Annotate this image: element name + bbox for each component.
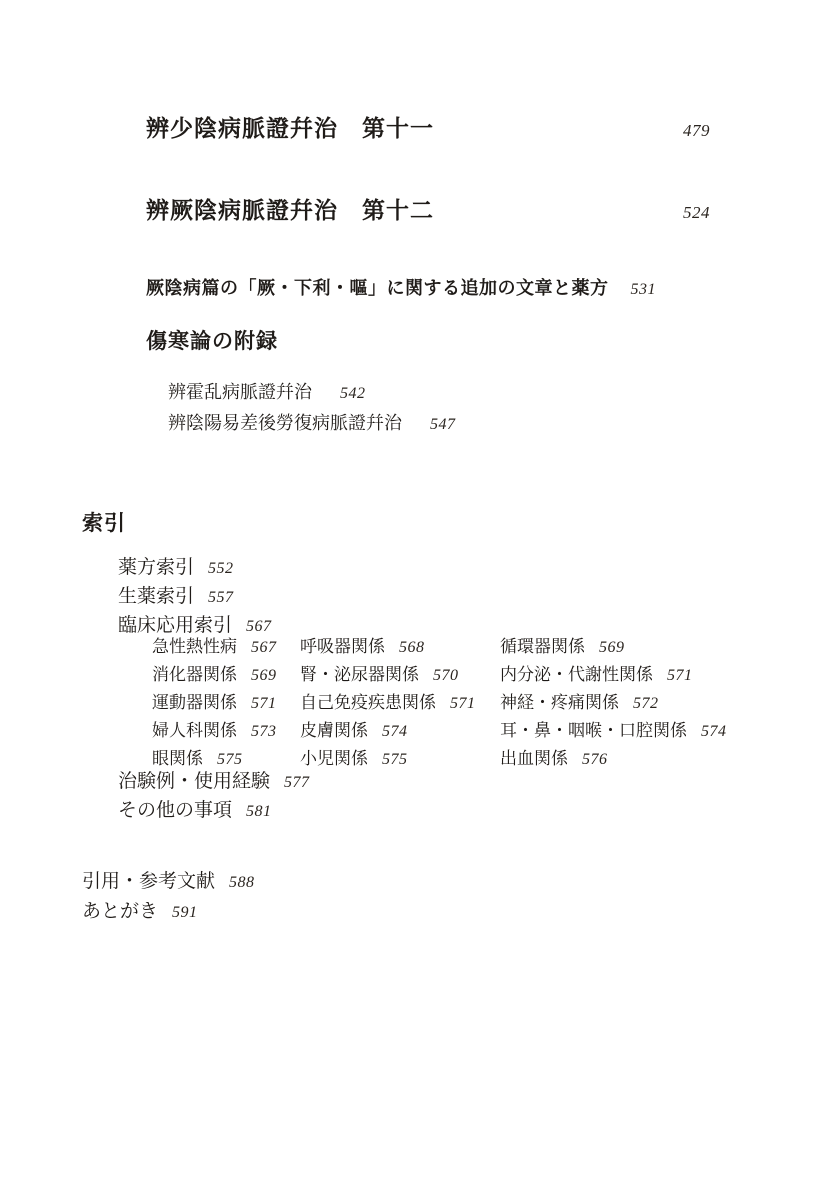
clinical-index-entry: 急性熱性病567	[152, 632, 300, 657]
entry-page-number: 570	[433, 667, 459, 684]
entry-title: 出血関係	[500, 749, 568, 768]
entry-page-number: 575	[382, 751, 408, 768]
footer-entry: 引用・参考文献588	[82, 868, 255, 898]
appendix-heading: 傷寒論の附録	[146, 325, 278, 355]
entry-page-number: 571	[450, 695, 476, 712]
entry-page-number: 574	[382, 723, 408, 740]
entry-page-number: 588	[229, 874, 255, 891]
clinical-index-entry: 腎・泌尿器関係570	[300, 660, 500, 685]
entry-title: 耳・鼻・咽喉・口腔関係	[500, 721, 687, 740]
entry-title: 薬方索引	[118, 557, 194, 578]
index-item-list: 薬方索引552 生薬索引557 臨床応用索引567	[118, 554, 272, 641]
entry-page-number: 571	[251, 695, 277, 712]
entry-title: 神経・疼痛関係	[500, 693, 619, 712]
entry-title: 急性熱性病	[152, 637, 237, 656]
entry-page-number: 542	[340, 385, 366, 402]
chapter-title: 辨少陰病脈證幷治 第十一	[146, 110, 434, 143]
entry-title: 辨霍乱病脈證幷治	[168, 382, 312, 402]
clinical-index-entry: 消化器関係569	[152, 660, 300, 685]
clinical-index-entry: 耳・鼻・咽喉・口腔関係574	[500, 716, 812, 741]
entry-page-number: 576	[582, 751, 608, 768]
entry-title: 運動器関係	[152, 693, 237, 712]
entry-title: 循環器関係	[500, 637, 585, 656]
entry-page-number: 574	[701, 723, 727, 740]
clinical-index-entry: 眼関係575	[152, 744, 300, 769]
entry-page-number: 573	[251, 723, 277, 740]
clinical-index-entry: 運動器関係571	[152, 688, 300, 713]
toc-page: 辨少陰病脈證幷治 第十一 479 辨厥陰病脈證幷治 第十二 524 厥陰病篇の「…	[0, 0, 830, 1178]
appendix-entry: 辨霍乱病脈證幷治542	[168, 378, 456, 409]
entry-page-number: 557	[208, 589, 234, 606]
clinical-index-entry: 自己免疫疾患関係571	[300, 688, 500, 713]
supplement-title: 厥陰病篇の「厥・下利・嘔」に関する追加の文章と薬方	[146, 274, 609, 300]
index-tail-list: 治験例・使用経験577 その他の事項581	[118, 768, 310, 826]
clinical-index-entry: 内分泌・代謝性関係571	[500, 660, 812, 685]
clinical-index-entry: 循環器関係569	[500, 632, 812, 657]
entry-page-number: 581	[246, 803, 272, 820]
footer-entry-list: 引用・参考文献588 あとがき591	[82, 868, 255, 927]
clinical-index-entry: 出血関係576	[500, 744, 812, 769]
entry-page-number: 572	[633, 695, 659, 712]
entry-page-number: 569	[251, 667, 277, 684]
entry-title: 婦人科関係	[152, 721, 237, 740]
chapter-page-number: 479	[683, 121, 710, 141]
clinical-index-entry: 皮膚関係574	[300, 716, 500, 741]
clinical-index-entry: 婦人科関係573	[152, 716, 300, 741]
entry-title: 眼関係	[152, 749, 203, 768]
clinical-index-entry: 神経・疼痛関係572	[500, 688, 812, 713]
clinical-index-entry: 小児関係575	[300, 744, 500, 769]
entry-title: あとがき	[82, 901, 158, 922]
entry-page-number: 568	[399, 639, 425, 656]
entry-title: 消化器関係	[152, 665, 237, 684]
entry-page-number: 547	[430, 416, 456, 433]
chapter-title: 辨厥陰病脈證幷治 第十二	[146, 192, 434, 225]
toc-chapter-entry: 辨少陰病脈證幷治 第十一 479	[146, 110, 710, 143]
entry-page-number: 571	[667, 667, 693, 684]
index-heading: 索引	[82, 507, 126, 537]
index-entry: 生薬索引557	[118, 583, 272, 612]
footer-entry: あとがき591	[82, 898, 255, 928]
chapter-page-number: 524	[683, 203, 710, 223]
index-entry: 薬方索引552	[118, 554, 272, 583]
supplement-page-number: 531	[631, 281, 657, 299]
entry-title: 引用・参考文献	[82, 871, 215, 892]
entry-title: 自己免疫疾患関係	[300, 693, 436, 712]
entry-page-number: 575	[217, 751, 243, 768]
entry-page-number: 567	[251, 639, 277, 656]
entry-page-number: 569	[599, 639, 625, 656]
entry-title: 内分泌・代謝性関係	[500, 665, 653, 684]
clinical-index-grid: 急性熱性病567 呼吸器関係568 循環器関係569 消化器関係569 腎・泌尿…	[152, 632, 812, 772]
entry-page-number: 591	[172, 904, 198, 921]
entry-title: 腎・泌尿器関係	[300, 665, 419, 684]
appendix-item-list: 辨霍乱病脈證幷治542 辨陰陽易差後勞復病脈證幷治547	[168, 378, 456, 439]
entry-page-number: 552	[208, 560, 234, 577]
entry-title: 呼吸器関係	[300, 637, 385, 656]
entry-title: 小児関係	[300, 749, 368, 768]
clinical-index-entry: 呼吸器関係568	[300, 632, 500, 657]
entry-title: 辨陰陽易差後勞復病脈證幷治	[168, 413, 402, 433]
entry-page-number: 577	[284, 774, 310, 791]
appendix-entry: 辨陰陽易差後勞復病脈證幷治547	[168, 409, 456, 440]
entry-title: 皮膚関係	[300, 721, 368, 740]
toc-chapter-entry: 辨厥陰病脈證幷治 第十二 524	[146, 192, 710, 225]
entry-title: 治験例・使用経験	[118, 771, 270, 792]
entry-title: その他の事項	[118, 800, 232, 821]
index-entry: 治験例・使用経験577	[118, 768, 310, 797]
entry-title: 生薬索引	[118, 586, 194, 607]
index-entry: その他の事項581	[118, 797, 310, 826]
toc-supplement-entry: 厥陰病篇の「厥・下利・嘔」に関する追加の文章と薬方 531	[146, 274, 656, 300]
